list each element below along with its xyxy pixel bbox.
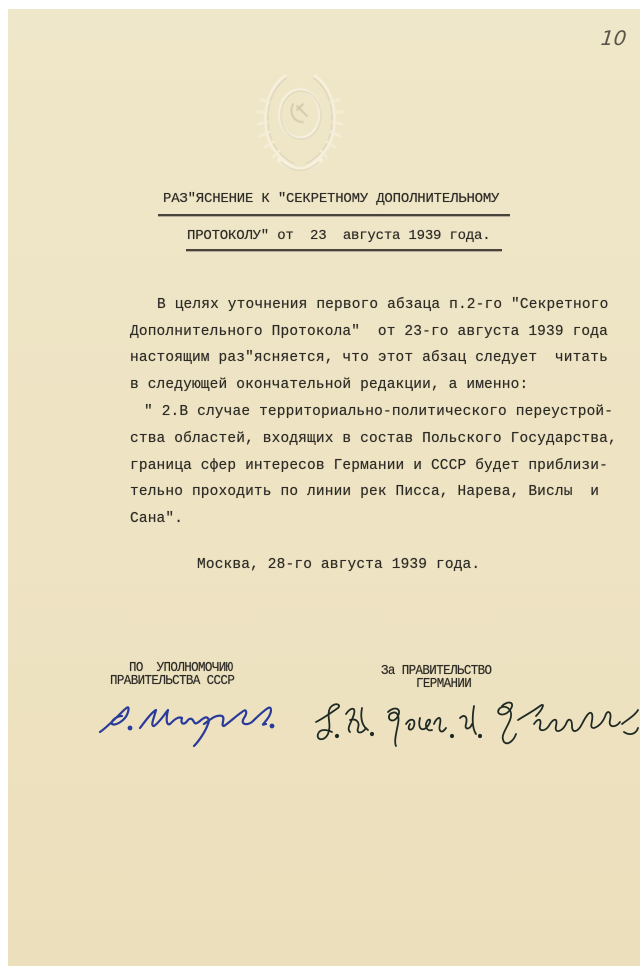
ribbentrop-signature-icon: [310, 684, 640, 764]
body-line: В целях уточнения первого абзаца п.2-го …: [157, 297, 608, 313]
body-line: " 2.В случае территориально-политическог…: [144, 404, 613, 420]
title-underline-2: [186, 249, 502, 251]
body-line: тельно проходить по линии рек Писса, Нар…: [130, 484, 599, 500]
body-line: настоящим раз"ясняется, что этот абзац с…: [130, 350, 608, 366]
title-underline-1: [158, 214, 510, 216]
body-line: граница сфер интересов Германии и СССР б…: [130, 458, 608, 474]
title-line-1: РАЗ"ЯСНЕНИЕ К "СЕКРЕТНОМУ ДОПОЛНИТЕЛЬНОМ…: [163, 191, 499, 207]
title-line-2: ПРОТОКОЛУ" от 23 августа 1939 года.: [187, 228, 490, 244]
page-number: 10: [600, 26, 628, 50]
body-line: Сана".: [130, 511, 183, 527]
place-and-date: Москва, 28-го августа 1939 года.: [197, 557, 480, 573]
ussr-signatory-line-2: ПРАВИТЕЛЬСТВА СССР: [110, 673, 234, 688]
body-line: Дополнительного Протокола" от 23-го авгу…: [130, 324, 608, 340]
body-line: в следующей окончательной редакции, а им…: [130, 377, 528, 393]
molotov-signature-icon: [96, 690, 296, 750]
body-line: ства областей, входящих в состав Польско…: [130, 431, 617, 447]
ussr-emblem-icon: [255, 62, 345, 180]
